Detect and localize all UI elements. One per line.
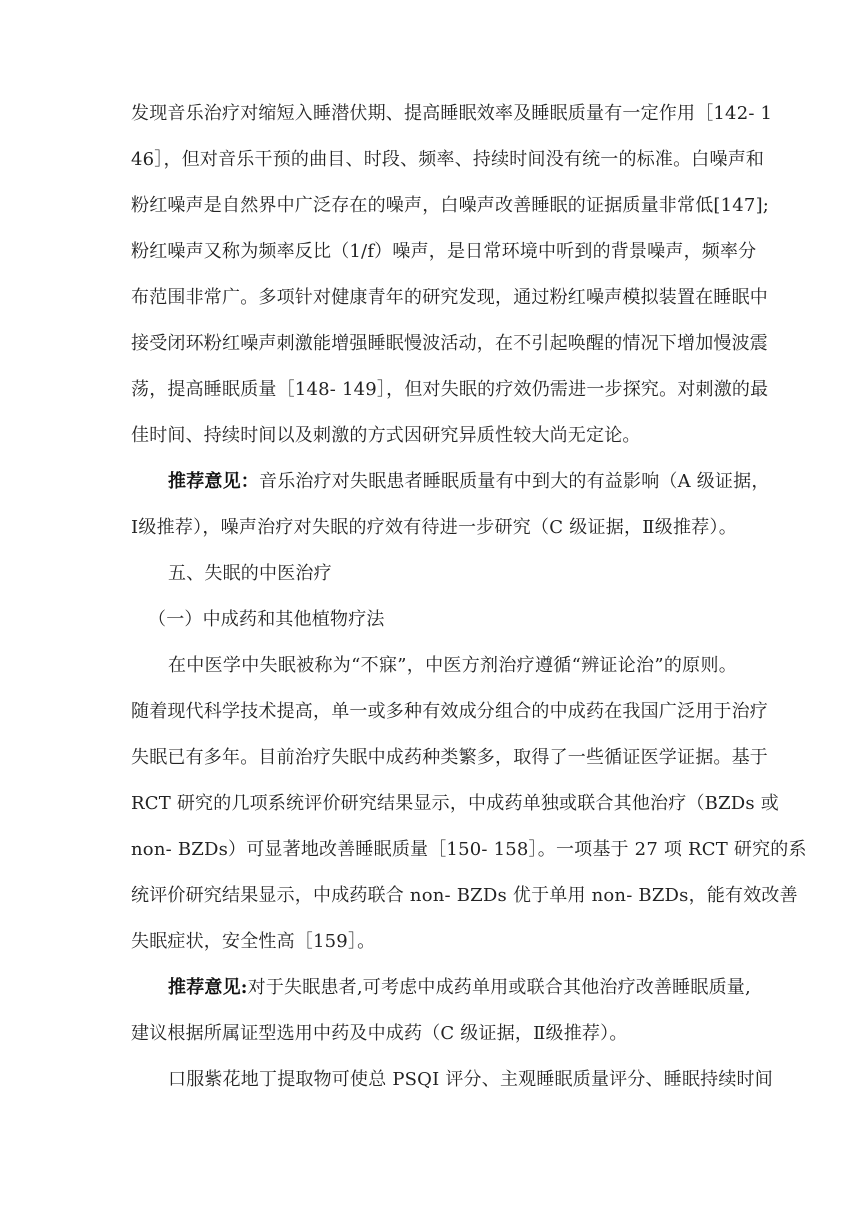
- text-line: 随着现代科学技术提高，单一或多种有效成分组合的中成药在我国广泛用于治疗: [131, 689, 737, 735]
- text-line: 失眠已有多年。目前治疗失眠中成药种类繁多，取得了一些循证医学证据。基于: [131, 735, 737, 781]
- recommendation-label: 推荐意见:: [168, 977, 248, 998]
- document-page: 发现音乐治疗对缩短入睡潜伏期、提高睡眠效率及睡眠质量有一定作用［142- 1 4…: [131, 91, 737, 1103]
- text-line: 建议根据所属证型选用中药及中成药（C 级证据，Ⅱ级推荐）。: [131, 1011, 737, 1057]
- text-line: non- BZDs）可显著地改善睡眠质量［150- 158］。一项基于 27 项…: [131, 827, 737, 873]
- text-line: 推荐意见：音乐治疗对失眠患者睡眠质量有中到大的有益影响（A 级证据，: [131, 459, 737, 505]
- paragraph-oral-extract: 口服紫花地丁提取物可使总 PSQI 评分、主观睡眠质量评分、睡眠持续时间: [131, 1057, 737, 1103]
- text-line: 失眠症状，安全性高［159］。: [131, 919, 737, 965]
- recommendation-text: 对于失眠患者,可考虑中成药单用或联合其他治疗改善睡眠质量,: [248, 977, 751, 998]
- section-heading: 五、失眠的中医治疗: [131, 551, 737, 597]
- text-line: 发现音乐治疗对缩短入睡潜伏期、提高睡眠效率及睡眠质量有一定作用［142- 1: [131, 91, 737, 137]
- text-line: 荡，提高睡眠质量［148- 149］，但对失眠的疗效仍需进一步探究。对刺激的最: [131, 367, 737, 413]
- paragraph-music-noise-therapy: 发现音乐治疗对缩短入睡潜伏期、提高睡眠效率及睡眠质量有一定作用［142- 1 4…: [131, 91, 737, 459]
- text-line: 布范围非常广。多项针对健康青年的研究发现，通过粉红噪声模拟装置在睡眠中: [131, 275, 737, 321]
- text-line: 粉红噪声是自然界中广泛存在的噪声，白噪声改善睡眠的证据质量非常低[147];: [131, 183, 737, 229]
- recommendation-1: 推荐意见：音乐治疗对失眠患者睡眠质量有中到大的有益影响（A 级证据， Ⅰ级推荐）…: [131, 459, 737, 551]
- text-line: 统评价研究结果显示，中成药联合 non- BZDs 优于单用 non- BZDs…: [131, 873, 737, 919]
- text-line: 推荐意见:对于失眠患者,可考虑中成药单用或联合其他治疗改善睡眠质量,: [131, 965, 737, 1011]
- text-line: 口服紫花地丁提取物可使总 PSQI 评分、主观睡眠质量评分、睡眠持续时间: [131, 1057, 737, 1103]
- recommendation-text: 音乐治疗对失眠患者睡眠质量有中到大的有益影响（A 级证据，: [259, 471, 770, 492]
- paragraph-tcm: 在中医学中失眠被称为“不寐”，中医方剂治疗遵循“辨证论治”的原则。 随着现代科学…: [131, 643, 737, 965]
- subsection-heading: （一）中成药和其他植物疗法: [131, 597, 737, 643]
- text-line: 佳时间、持续时间以及刺激的方式因研究异质性较大尚无定论。: [131, 413, 737, 459]
- text-line: 粉红噪声又称为频率反比（1/f）噪声，是日常环境中听到的背景噪声，频率分: [131, 229, 737, 275]
- text-line: Ⅰ级推荐），噪声治疗对失眠的疗效有待进一步研究（C 级证据，Ⅱ级推荐）。: [131, 505, 737, 551]
- recommendation-label: 推荐意见：: [168, 471, 259, 492]
- text-line: RCT 研究的几项系统评价研究结果显示，中成药单独或联合其他治疗（BZDs 或: [131, 781, 737, 827]
- text-line: 46］，但对音乐干预的曲目、时段、频率、持续时间没有统一的标准。白噪声和: [131, 137, 737, 183]
- text-line: 在中医学中失眠被称为“不寐”，中医方剂治疗遵循“辨证论治”的原则。: [131, 643, 737, 689]
- text-line: 接受闭环粉红噪声刺激能增强睡眠慢波活动，在不引起唤醒的情况下增加慢波震: [131, 321, 737, 367]
- recommendation-2: 推荐意见:对于失眠患者,可考虑中成药单用或联合其他治疗改善睡眠质量, 建议根据所…: [131, 965, 737, 1057]
